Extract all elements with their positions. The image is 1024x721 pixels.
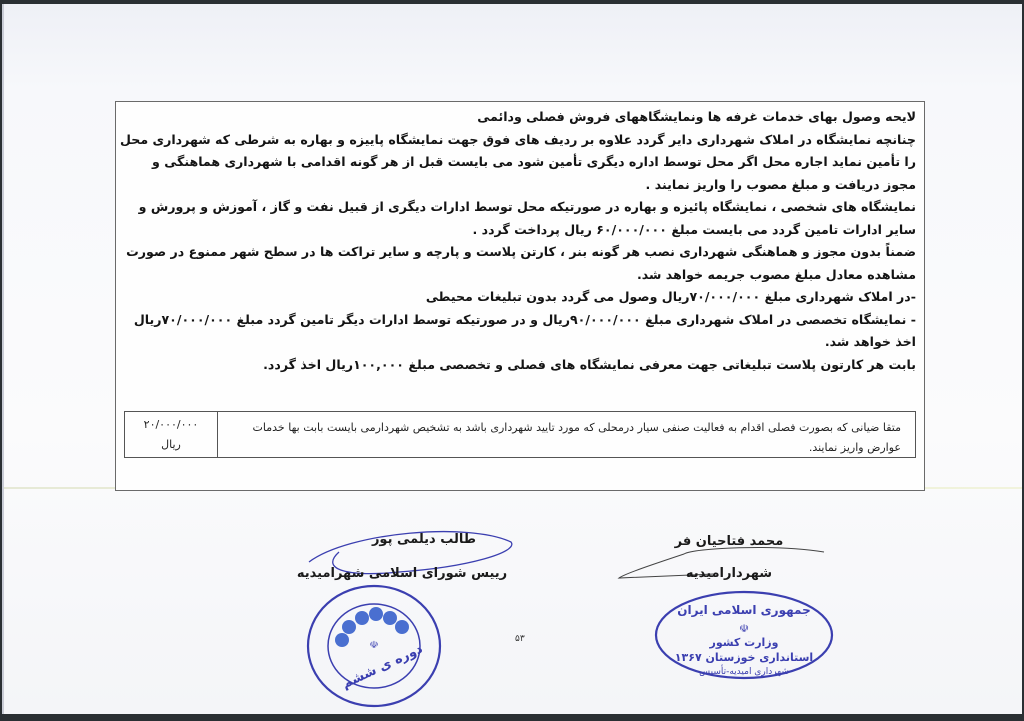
council-seal-icon: ☫ دوره ی ششم	[304, 582, 444, 710]
fee-description: متقا ضیانی که بصورت فصلی اقدام به فعالیت…	[218, 412, 915, 457]
document-frame: لایحه وصول بهای خدمات غرفه ها ونمایشگاهه…	[115, 101, 925, 491]
document-title: لایحه وصول بهای خدمات غرفه ها ونمایشگاهه…	[120, 106, 916, 129]
svg-text:☫: ☫	[370, 640, 379, 651]
paragraph-private-exhibitions: نمایشگاه های شخصی ، نمایشگاه پائیزه و به…	[120, 196, 916, 241]
page-number: ۵۳	[515, 634, 525, 644]
council-head-title: رییس شورای اسلامی شهرامیدیه	[272, 566, 532, 581]
mayor-title: شهردارامیدیه	[669, 566, 789, 581]
svg-text:جمهوری اسلامی ایران: جمهوری اسلامی ایران	[677, 603, 810, 618]
svg-text:شهرداری امیدیه-تأسیس: شهرداری امیدیه-تأسیس	[699, 664, 789, 677]
paragraph-advert-board-fee: بابت هر کارتون پلاست تبلیغاتی جهت معرفی …	[120, 354, 916, 377]
council-head-name: طالب دیلمی پور	[364, 532, 484, 547]
svg-text:وزارت کشور: وزارت کشور	[709, 636, 779, 649]
fee-amount: ۲۰/۰۰۰/۰۰۰	[125, 415, 217, 435]
document-body: لایحه وصول بهای خدمات غرفه ها ونمایشگاهه…	[120, 106, 916, 376]
svg-text:☫: ☫	[739, 622, 749, 635]
fee-unit: ریال	[125, 435, 217, 455]
paragraph-municipal-property-fee: -در املاک شهرداری مبلغ ۷۰/۰۰۰/۰۰۰ریال وص…	[120, 286, 916, 309]
municipality-seal-icon: جمهوری اسلامی ایران ☫ وزارت کشور استاندا…	[652, 588, 837, 683]
svg-text:دوره ی ششم: دوره ی ششم	[340, 641, 426, 692]
paragraph-banner-ban: ضمناً بدون مجوز و هماهنگی شهرداری نصب هر…	[120, 241, 916, 286]
mayor-name: محمد فتاحیان فر	[659, 534, 799, 549]
fee-amount-cell: ۲۰/۰۰۰/۰۰۰ ریال	[125, 412, 218, 457]
scanned-page: لایحه وصول بهای خدمات غرفه ها ونمایشگاهه…	[2, 4, 1022, 714]
svg-text:استانداری خوزستان ۱۳۶۷: استانداری خوزستان ۱۳۶۷	[675, 651, 813, 664]
paragraph-specialized-exhibition: - نمایشگاه تخصصی در املاک شهرداری مبلغ ۹…	[120, 309, 916, 354]
fee-table: متقا ضیانی که بصورت فصلی اقدام به فعالیت…	[124, 411, 916, 458]
paragraph-exhibition-rent: چنانچه نمایشگاه در املاک شهرداری دایر گر…	[120, 129, 916, 197]
